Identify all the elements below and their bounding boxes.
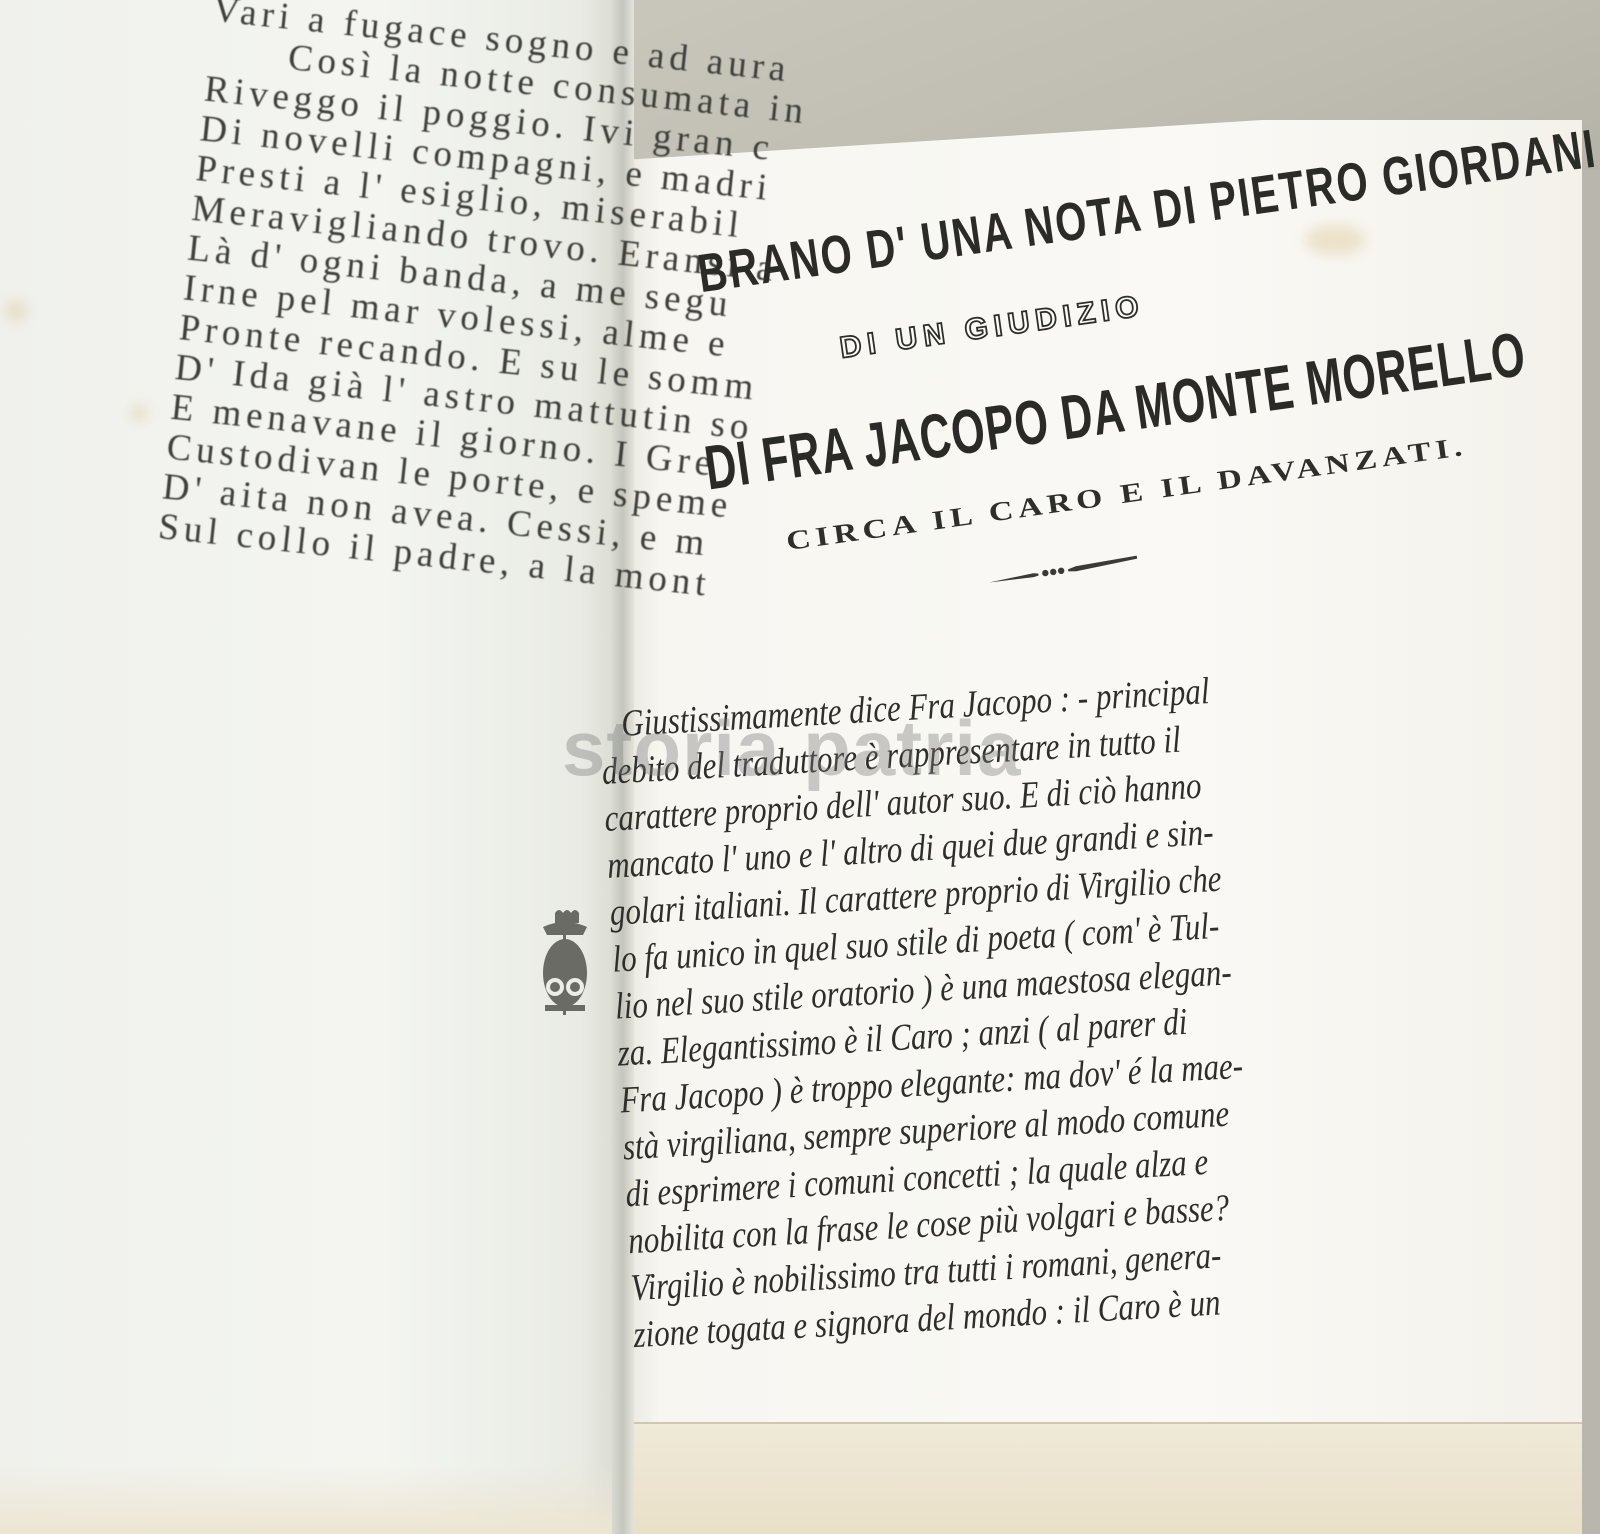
paper-stain — [130, 405, 148, 421]
left-page-verse: Vari a fugace sogno e ad aura Così la no… — [156, 0, 632, 591]
watermark: storia patria — [562, 703, 1021, 794]
book-photo: Vari a fugace sogno e ad aura Così la no… — [0, 0, 1600, 1534]
paper-stain — [5, 300, 27, 322]
right-page-bottom-margin — [622, 1422, 1582, 1534]
paper-stain — [1305, 225, 1365, 255]
printer-ornament-vase-icon — [535, 905, 595, 1020]
left-page-edge — [0, 1464, 620, 1534]
